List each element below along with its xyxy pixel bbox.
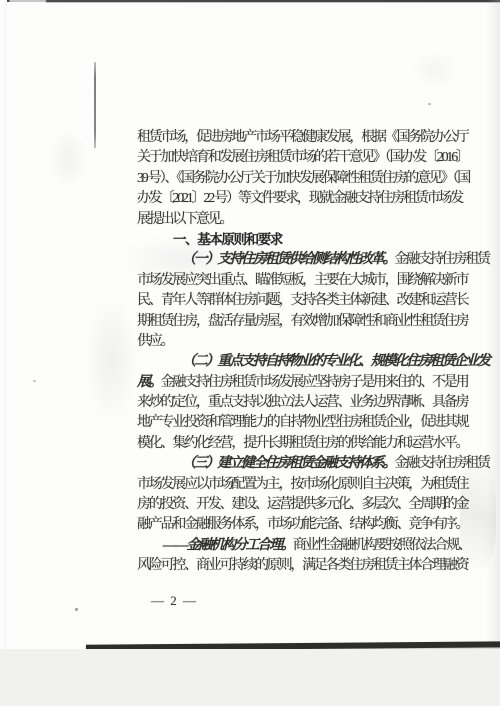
body-text-line: 展提出以下意见。 [137,210,471,230]
body-text-line: 房的投资、开发、建设、运营提供多元化、多层次、全周期的金 [137,495,471,515]
body-text-line: 关于加快培育和发展住房租赁市场的若干意见》（国办发〔2016〕 [137,148,471,168]
lead-sentence: 展。 [137,375,161,390]
scan-top-edge-shadow [46,2,500,3]
scan-speck [75,608,78,611]
body-text-line: 供应。 [137,332,471,352]
bleedthrough-smudge [84,295,139,425]
document-body: 租赁市场，促进房地产市场平稳健康发展，根据《国务院办公厅 关于加快培育和发展住房… [137,128,471,577]
body-text-line: （二）重点支持自持物业的专业化、规模化住房租赁企业发 [137,352,471,372]
body-text-line: （一）支持住房租赁供给侧结构性改革。金融支持住房租赁 [137,250,471,270]
body-text-line: 来炒的定位，重点支持以独立法人运营、业务边界清晰、具备房 [137,393,471,413]
body-text-line: 办发〔2021〕22 号）等文件要求，现就金融支持住房租赁市场发 [137,189,471,209]
body-text-line: 市场发展应突出重点、瞄准短板，主要在大城市，围绕解决新市 [137,271,471,291]
body-text-line: 民、青年人等群体住房问题，支持各类主体新建、改建和运营长 [137,291,471,311]
lead-sentence: （三）建立健全住房租赁金融支持体系。 [182,456,394,471]
scan-speck [428,103,431,105]
scan-left-edge [0,0,7,706]
section-heading: 一、基本原则和要求 [137,230,471,250]
body-text-line: （三）建立健全住房租赁金融支持体系。金融支持住房租赁 [137,454,471,474]
body-text-line: 期租赁住房，盘活存量房屋，有效增加保障性和商业性租赁住房 [137,312,471,332]
body-text-line: 展。金融支持住房租赁市场发展应坚持房子是用来住的、不是用 [137,373,471,393]
lead-sentence: （一）支持住房租赁供给侧结构性改革。 [182,252,394,267]
body-text-line: 39 号）、《国务院办公厅关于加快发展保障性租赁住房的意见》（国 [137,169,471,189]
scanned-document-page: 租赁市场，促进房地产市场平稳健康发展，根据《国务院办公厅 关于加快培育和发展住房… [0,0,500,706]
bleedthrough-smudge [410,50,460,90]
scan-crease-line [94,62,96,148]
body-text-line: ——金融机构分工合理。商业性金融机构要按照依法合规、 [137,536,471,556]
body-text-line: 市场发展应以市场配置为主，按市场化原则自主决策，为租赁住 [137,475,471,495]
bleedthrough-smudge [48,128,88,188]
body-text-line: 租赁市场，促进房地产市场平稳健康发展，根据《国务院办公厅 [137,128,471,148]
scanner-bed-background [0,649,500,706]
lead-sentence: ——金融机构分工合理。 [163,538,293,553]
lead-sentence: （二）重点支持自持物业的专业化、规模化住房租赁企业发 [182,354,489,369]
body-text-line: 地产专业投资和管理能力的自持物业型住房租赁企业，促进其规 [137,413,471,433]
body-text-line: 融产品和金融服务体系，市场功能完备、结构均衡、竞争有序。 [137,515,471,535]
scan-speck [33,380,36,382]
body-text-line: 风险可控、商业可持续的原则，满足各类住房租赁主体合理融资 [137,556,471,576]
page-number: — 2 — [151,593,198,609]
body-text-line: 模化、集约化经营，提升长期租赁住房的供给能力和运营水平。 [137,434,471,454]
